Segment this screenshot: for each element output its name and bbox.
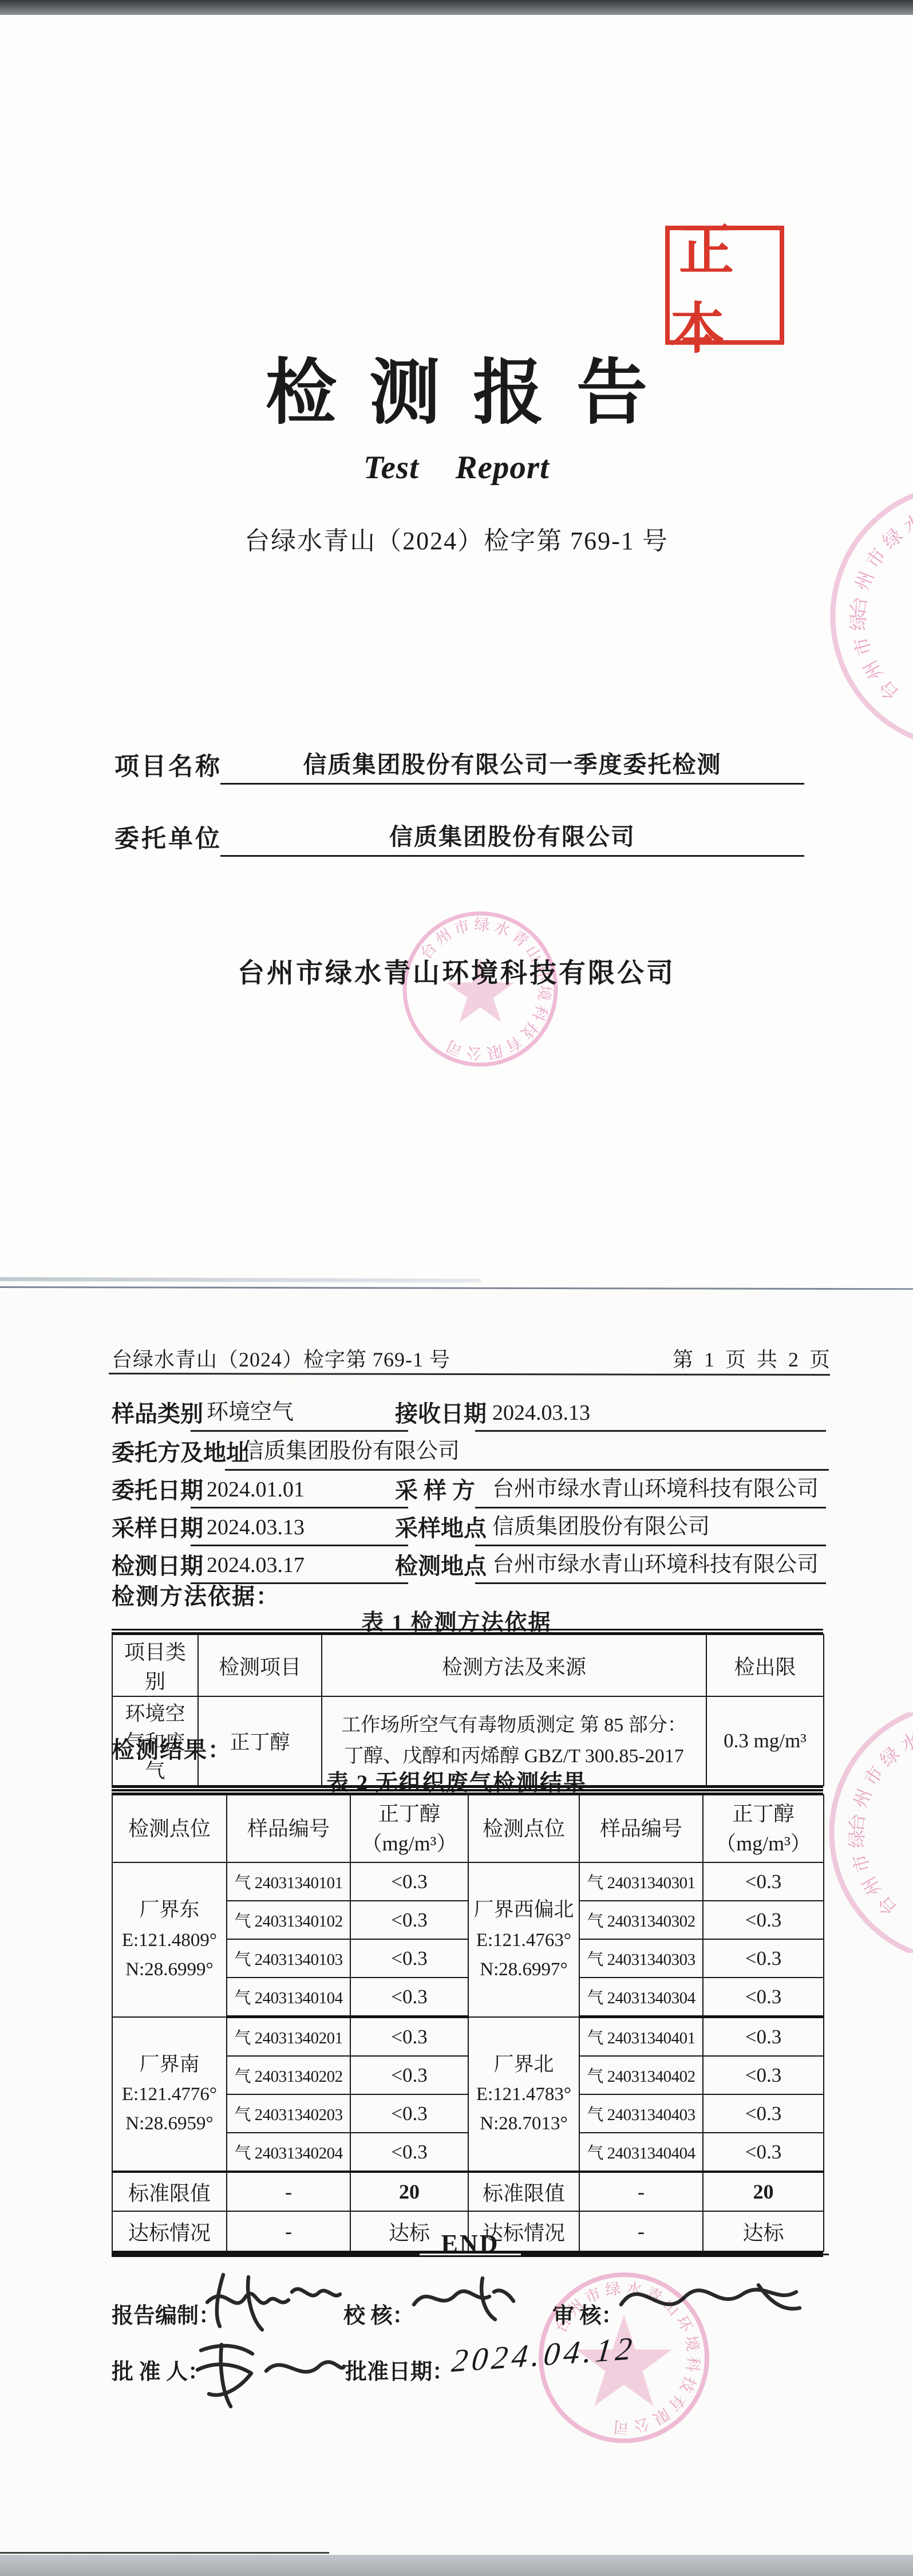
- receive-date-value: 2024.03.13: [475, 1400, 826, 1432]
- point-latitude: N:28.6999°: [116, 1955, 223, 1984]
- scan-bottom-band: [0, 2555, 913, 2576]
- svg-text:台州市绿水青山环境科技有限公司: 台州市绿水青山环境科技有限公司: [829, 485, 903, 704]
- t2-header-point: 检测点位: [468, 1795, 579, 1862]
- reviewer-label: 审 核：: [552, 2298, 623, 2329]
- sample-value-cell: <0.3: [703, 2094, 824, 2133]
- point-longitude: E:121.4783°: [472, 2080, 575, 2109]
- scan-bottom-line: [0, 2552, 329, 2554]
- t2-header-point: 检测点位: [112, 1795, 227, 1862]
- sample-id-cell: 气 24031340204: [227, 2133, 350, 2172]
- report-cover-page: 正本 检测报告 Test Report 台绿水青山（2024）检字第 769-1…: [0, 15, 913, 1286]
- scan-top-band: [0, 0, 913, 15]
- point-name: 厂界东: [116, 1894, 223, 1925]
- sample-id-cell: 气 24031340104: [227, 1978, 350, 2017]
- sampling-site-label: 采样地点: [395, 1510, 487, 1543]
- sample-id-cell: 气 24031340404: [579, 2133, 703, 2172]
- point-north-cell: 厂界北 E:121.4783° N:28.7013°: [468, 2017, 579, 2172]
- limit-dash-cell: -: [227, 2172, 350, 2211]
- point-name: 厂界西偏北: [472, 1894, 575, 1925]
- preparer-signature: [200, 2267, 343, 2341]
- info-row: 委托方及地址 信质集团股份有限公司: [112, 1437, 829, 1471]
- project-name-field: 项目名称 信质集团股份有限公司一季度委托检测: [114, 748, 804, 785]
- test-date-label: 检测日期: [112, 1548, 203, 1581]
- point-longitude: E:121.4776°: [116, 2080, 223, 2109]
- client-value: 信质集团股份有限公司: [220, 818, 804, 857]
- sample-id-cell: 气 24031340302: [579, 1901, 703, 1939]
- sampling-date-label: 采样日期: [112, 1510, 203, 1543]
- sample-value-cell: <0.3: [703, 2017, 824, 2057]
- sample-id-cell: 气 24031340101: [227, 1862, 350, 1901]
- sample-id-cell: 气 24031340103: [227, 1939, 350, 1978]
- page2-report-number: 台绿水青山（2024）检字第 769-1 号: [112, 1344, 450, 1373]
- limit-value-cell: 20: [350, 2172, 468, 2211]
- t1-header-method: 检测方法及来源: [322, 1634, 706, 1696]
- table-row: 厂界南 E:121.4776° N:28.6959° 气 24031340201…: [112, 2017, 824, 2057]
- point-name: 厂界北: [472, 2049, 575, 2080]
- sample-id-cell: 气 24031340402: [579, 2056, 703, 2094]
- table-row: 标准限值 - 20 标准限值 - 20: [112, 2172, 824, 2211]
- report-number: 台绿水青山（2024）检字第 769-1 号: [0, 520, 913, 557]
- entrust-date-value: 2024.01.01: [191, 1477, 408, 1508]
- point-latitude: N:28.6997°: [472, 1955, 575, 1984]
- sample-value-cell: <0.3: [350, 1978, 468, 2017]
- info-row: 委托日期 2024.01.01 采 样 方 台州市绿水青山环境科技有限公司: [112, 1475, 829, 1508]
- t2-header-sample: 样品编号: [579, 1795, 703, 1862]
- sample-id-cell: 气 24031340201: [227, 2017, 350, 2057]
- test-site-value: 台州市绿水青山环境科技有限公司: [475, 1546, 826, 1584]
- reviewer-signature: [615, 2268, 810, 2337]
- table-row: 检测点位 样品编号 正丁醇 （mg/m³） 检测点位 样品编号 正丁醇 （mg/…: [112, 1795, 824, 1862]
- sample-value-cell: <0.3: [703, 1901, 824, 1939]
- sample-id-cell: 气 24031340301: [579, 1862, 703, 1901]
- entrust-date-label: 委托日期: [112, 1472, 203, 1505]
- limit-value-cell: 20: [703, 2172, 824, 2211]
- sample-id-cell: 气 24031340401: [579, 2017, 703, 2057]
- sample-value-cell: <0.3: [703, 2133, 824, 2172]
- point-longitude: E:121.4809°: [116, 1926, 223, 1955]
- point-wnw-cell: 厂界西偏北 E:121.4763° N:28.6997°: [468, 1862, 579, 2017]
- sample-value-cell: <0.3: [703, 2056, 824, 2094]
- t1-header-limit: 检出限: [706, 1634, 824, 1696]
- t2-header-butanol: 正丁醇 （mg/m³）: [703, 1795, 824, 1862]
- end-rule-right: [521, 2233, 829, 2255]
- issuing-company-name: 台州市绿水青山环境科技有限公司: [0, 952, 913, 990]
- table-row: 项目类别 检测项目 检测方法及来源 检出限: [112, 1634, 824, 1696]
- sample-id-cell: 气 24031340303: [579, 1939, 703, 1978]
- point-latitude: N:28.7013°: [472, 2109, 575, 2138]
- results-table: 检测点位 样品编号 正丁醇 （mg/m³） 检测点位 样品编号 正丁醇 （mg/…: [112, 1789, 823, 2257]
- receive-date-label: 接收日期: [395, 1396, 487, 1428]
- sample-id-cell: 气 24031340203: [227, 2094, 350, 2133]
- sample-type-value: 环境空气: [191, 1394, 408, 1432]
- sample-value-cell: <0.3: [350, 2017, 468, 2057]
- limit-dash-cell: -: [579, 2172, 703, 2211]
- sampling-site-value: 信质集团股份有限公司: [475, 1508, 826, 1546]
- point-longitude: E:121.4763°: [472, 1926, 575, 1955]
- results-heading: 检测结果：: [112, 1732, 232, 1764]
- sample-value-cell: <0.3: [350, 1901, 468, 1939]
- sample-type-label: 样品类别: [112, 1396, 203, 1428]
- sampling-date-value: 2024.03.13: [191, 1515, 408, 1546]
- page-count-indicator: 第 1 页 共 2 页: [653, 1344, 830, 1373]
- sample-value-cell: <0.3: [350, 1862, 468, 1901]
- sample-value-cell: <0.3: [703, 1939, 824, 1978]
- sample-id-cell: 气 24031340304: [579, 1978, 703, 2017]
- limit-label-cell: 标准限值: [468, 2172, 579, 2211]
- sample-id-cell: 气 24031340202: [227, 2056, 350, 2094]
- t2-header-butanol: 正丁醇 （mg/m³）: [350, 1795, 468, 1862]
- point-name: 厂界南: [116, 2049, 223, 2080]
- report-title-english: Test Report: [0, 449, 913, 486]
- table-row: 厂界东 E:121.4809° N:28.6999° 气 24031340101…: [112, 1862, 824, 1901]
- scanned-test-report: 正本 检测报告 Test Report 台绿水青山（2024）检字第 769-1…: [0, 0, 913, 2576]
- signature-row: 批 准 人： 批准日期： 2024.04.12: [112, 2340, 829, 2409]
- client-field: 委托单位 信质集团股份有限公司: [114, 820, 804, 857]
- checker-signature: [409, 2271, 518, 2334]
- sampler-value: 台州市绿水青山环境科技有限公司: [475, 1471, 826, 1508]
- sample-id-cell: 气 24031340403: [579, 2094, 703, 2133]
- sampler-label: 采 样 方: [395, 1472, 475, 1505]
- report-title: 检测报告: [0, 336, 913, 438]
- approver-signature: [186, 2335, 346, 2416]
- sample-id-cell: 气 24031340102: [227, 1901, 350, 1939]
- sample-value-cell: <0.3: [350, 1939, 468, 1978]
- end-marker: END: [112, 2230, 829, 2255]
- sample-value-cell: <0.3: [703, 1862, 824, 1901]
- approve-date-label: 批准日期：: [345, 2354, 454, 2385]
- project-name-label: 项目名称: [114, 747, 222, 782]
- t1-header-category: 项目类别: [112, 1634, 198, 1696]
- info-row: 采样日期 2024.03.13 采样地点 信质集团股份有限公司: [112, 1513, 829, 1546]
- seal-arc-text: 台州市绿水青山环境科技有限公司: [829, 485, 903, 704]
- sample-value-cell: <0.3: [703, 1978, 824, 2017]
- project-name-value: 信质集团股份有限公司一季度委托检测: [220, 746, 804, 785]
- point-latitude: N:28.6959°: [116, 2109, 223, 2138]
- end-label: END: [441, 2232, 500, 2255]
- client-address-value: 信质集团股份有限公司: [225, 1433, 829, 1471]
- sample-value-cell: <0.3: [350, 2133, 468, 2172]
- limit-label-cell: 标准限值: [112, 2172, 227, 2211]
- end-rule-left: [112, 2233, 420, 2255]
- sample-value-cell: <0.3: [350, 2056, 468, 2094]
- t1-header-item: 检测项目: [198, 1634, 322, 1696]
- original-copy-stamp: 正本: [665, 226, 784, 345]
- checker-label: 校 核：: [343, 2298, 414, 2329]
- t2-header-sample: 样品编号: [227, 1795, 350, 1862]
- test-site-label: 检测地点: [395, 1548, 487, 1581]
- client-label: 委托单位: [114, 820, 222, 854]
- point-east-cell: 厂界东 E:121.4809° N:28.6999°: [112, 1862, 227, 2017]
- sample-value-cell: <0.3: [350, 2094, 468, 2133]
- point-south-cell: 厂界南 E:121.4776° N:28.6959°: [112, 2017, 227, 2172]
- info-row: 样品类别 环境空气 接收日期 2024.03.13: [112, 1399, 829, 1432]
